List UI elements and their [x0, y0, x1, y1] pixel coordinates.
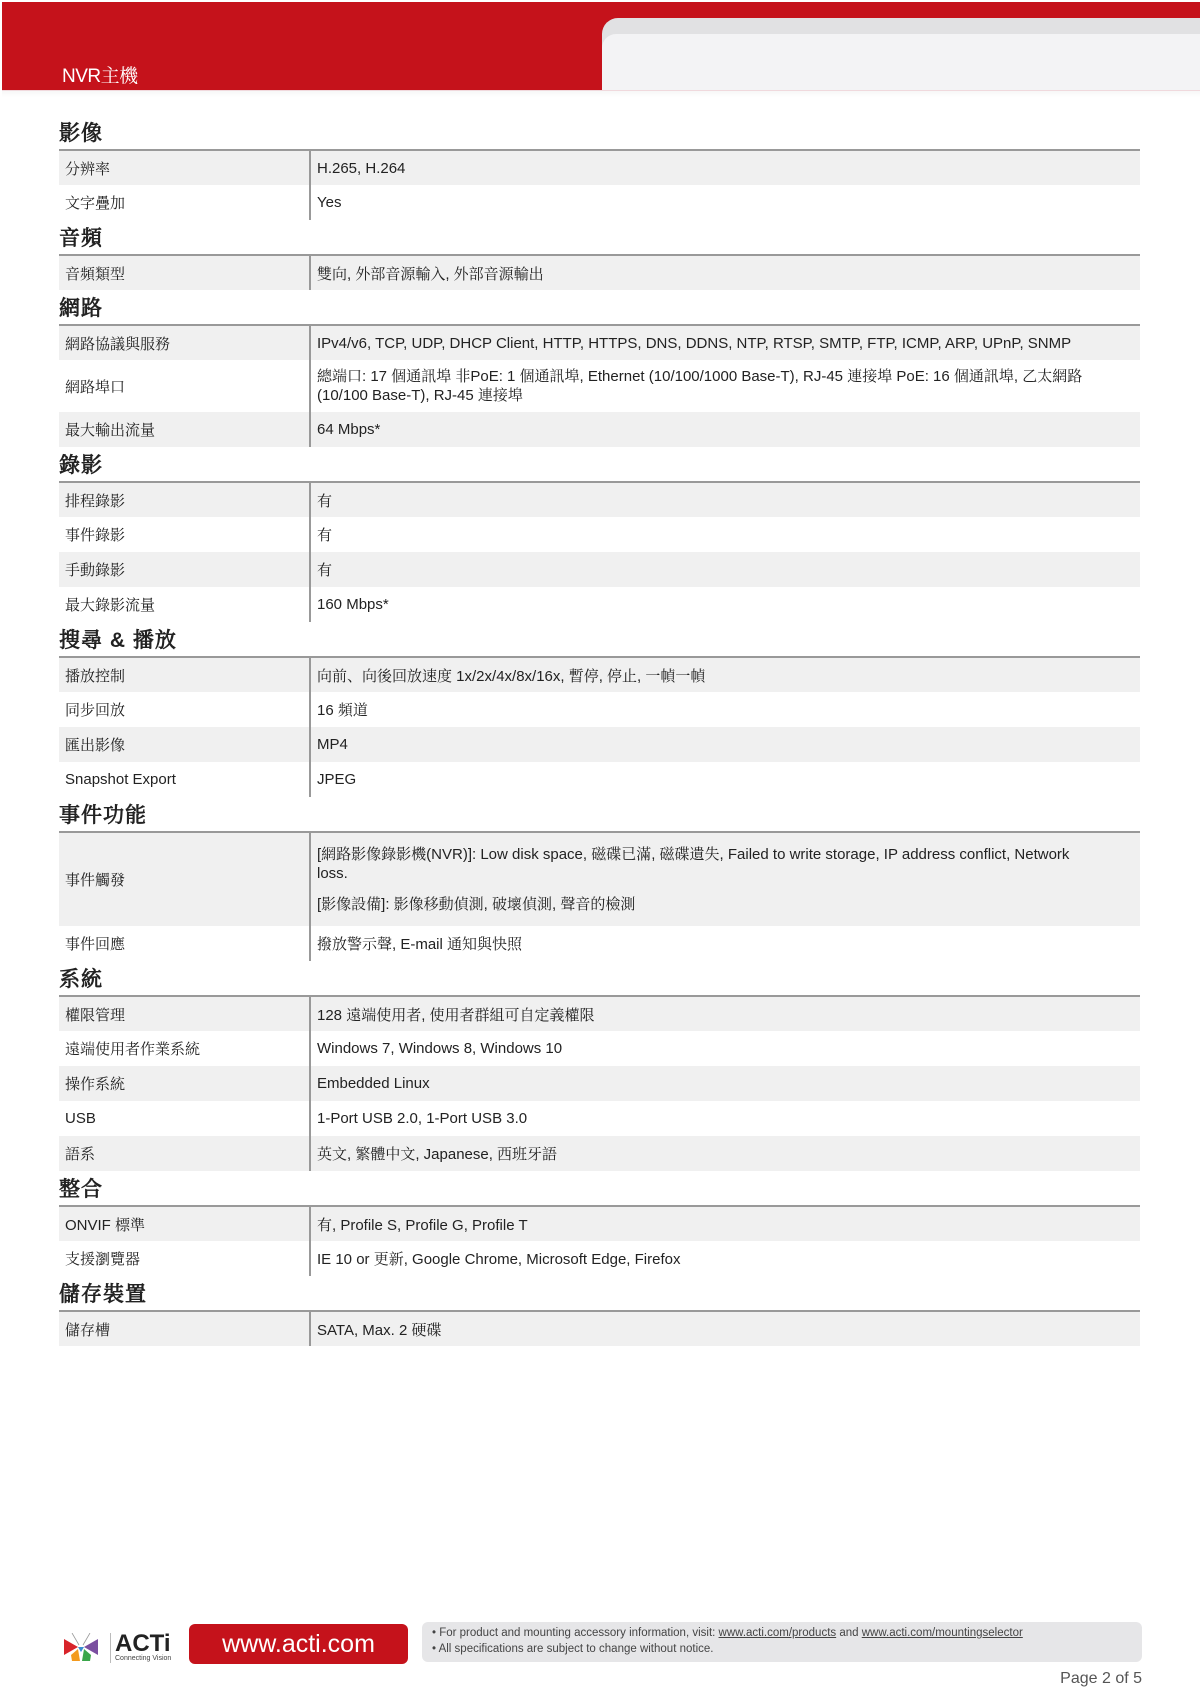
spec-value-line: loss. [317, 864, 1140, 883]
spec-table: 權限管理128 遠端使用者, 使用者群組可自定義權限遠端使用者作業系統Windo… [59, 995, 1140, 1171]
spec-table: ONVIF 標準有, Profile S, Profile G, Profile… [59, 1205, 1140, 1276]
spec-label: Snapshot Export [59, 762, 310, 797]
section-title: 音頻 [59, 224, 1140, 254]
section-title: 事件功能 [59, 801, 1140, 831]
spec-label: 音頻類型 [59, 255, 310, 290]
notice-line-disclaimer: • All specifications are subject to chan… [432, 1643, 713, 1655]
spec-label: 排程錄影 [59, 482, 310, 517]
spec-value: 向前、向後回放速度 1x/2x/4x/8x/16x, 暫停, 停止, 一幀一幀 [310, 657, 1140, 692]
spec-row: 事件回應撥放警示聲, E-mail 通知與快照 [59, 926, 1140, 961]
spec-label: 最大輸出流量 [59, 412, 310, 447]
spec-table: 事件觸發[網路影像錄影機(NVR)]: Low disk space, 磁碟已滿… [59, 831, 1140, 961]
spec-row: ONVIF 標準有, Profile S, Profile G, Profile… [59, 1206, 1140, 1241]
spec-value-line: (10/100 Base-T), RJ-45 連接埠 [317, 386, 1140, 405]
spec-label: 操作系統 [59, 1066, 310, 1101]
spec-label: 同步回放 [59, 692, 310, 727]
spec-value: [網路影像錄影機(NVR)]: Low disk space, 磁碟已滿, 磁碟… [310, 832, 1140, 926]
spec-label: 支援瀏覽器 [59, 1241, 310, 1276]
spec-content: 影像分辨率H.265, H.264文字疊加Yes音頻音頻類型雙向, 外部音源輸入… [59, 115, 1140, 1346]
spec-value: JPEG [310, 762, 1140, 797]
section-title: 儲存裝置 [59, 1280, 1140, 1310]
spec-label: 權限管理 [59, 996, 310, 1031]
spec-value: 雙向, 外部音源輸入, 外部音源輸出 [310, 255, 1140, 290]
logo-divider [110, 1633, 111, 1663]
spec-table: 排程錄影有事件錄影有手動錄影有最大錄影流量160 Mbps* [59, 481, 1140, 622]
spec-label: 遠端使用者作業系統 [59, 1031, 310, 1066]
spec-label: USB [59, 1101, 310, 1136]
spec-value: 64 Mbps* [310, 412, 1140, 447]
spec-label: 手動錄影 [59, 552, 310, 587]
footer-notice: • For product and mounting accessory inf… [422, 1622, 1142, 1662]
spec-row: 語系英文, 繁體中文, Japanese, 西班牙語 [59, 1136, 1140, 1171]
spec-table: 網路協議與服務IPv4/v6, TCP, UDP, DHCP Client, H… [59, 324, 1140, 447]
spec-value: 160 Mbps* [310, 587, 1140, 622]
spec-row: USB1-Port USB 2.0, 1-Port USB 3.0 [59, 1101, 1140, 1136]
spec-label: 儲存槽 [59, 1311, 310, 1346]
spec-label: 事件錄影 [59, 517, 310, 552]
spec-row: 支援瀏覽器IE 10 or 更新, Google Chrome, Microso… [59, 1241, 1140, 1276]
spec-value: 有 [310, 552, 1140, 587]
website-link-button[interactable]: www.acti.com [189, 1624, 408, 1664]
notice-line-product-info: • For product and mounting accessory inf… [432, 1627, 1023, 1639]
notice-text-and: and [836, 1627, 862, 1639]
spec-label: 匯出影像 [59, 727, 310, 762]
spec-row: 權限管理128 遠端使用者, 使用者群組可自定義權限 [59, 996, 1140, 1031]
spec-row: 事件觸發[網路影像錄影機(NVR)]: Low disk space, 磁碟已滿… [59, 832, 1140, 926]
spec-value: 總端口: 17 個通訊埠 非PoE: 1 個通訊埠, Ethernet (10/… [310, 360, 1140, 412]
spec-value: IE 10 or 更新, Google Chrome, Microsoft Ed… [310, 1241, 1140, 1276]
page-number: Page 2 of 5 [1060, 1670, 1142, 1688]
spec-row: Snapshot ExportJPEG [59, 762, 1140, 797]
paragraph-gap [317, 883, 1140, 895]
spec-value: 1-Port USB 2.0, 1-Port USB 3.0 [310, 1101, 1140, 1136]
spec-value: 有 [310, 517, 1140, 552]
spec-row: 事件錄影有 [59, 517, 1140, 552]
spec-table: 音頻類型雙向, 外部音源輸入, 外部音源輸出 [59, 254, 1140, 290]
spec-value: 英文, 繁體中文, Japanese, 西班牙語 [310, 1136, 1140, 1171]
section-title: 系統 [59, 965, 1140, 995]
spec-value: 16 頻道 [310, 692, 1140, 727]
spec-value: IPv4/v6, TCP, UDP, DHCP Client, HTTP, HT… [310, 325, 1140, 360]
spec-value: Windows 7, Windows 8, Windows 10 [310, 1031, 1140, 1066]
spec-value-line: 總端口: 17 個通訊埠 非PoE: 1 個通訊埠, Ethernet (10/… [317, 367, 1140, 386]
mountingselector-link[interactable]: www.acti.com/mountingselector [862, 1627, 1023, 1639]
spec-row: 最大錄影流量160 Mbps* [59, 587, 1140, 622]
spec-row: 網路協議與服務IPv4/v6, TCP, UDP, DHCP Client, H… [59, 325, 1140, 360]
logo-tagline: Connecting Vision [115, 1655, 171, 1662]
spec-table: 儲存槽SATA, Max. 2 硬碟 [59, 1310, 1140, 1346]
spec-label: 播放控制 [59, 657, 310, 692]
products-link[interactable]: www.acti.com/products [719, 1627, 837, 1639]
spec-value: 128 遠端使用者, 使用者群組可自定義權限 [310, 996, 1140, 1031]
spec-row: 最大輸出流量64 Mbps* [59, 412, 1140, 447]
spec-row: 播放控制向前、向後回放速度 1x/2x/4x/8x/16x, 暫停, 停止, 一… [59, 657, 1140, 692]
spec-value: SATA, Max. 2 硬碟 [310, 1311, 1140, 1346]
section-title: 網路 [59, 294, 1140, 324]
product-category-title: NVR主機 [62, 61, 138, 88]
notice-text: • For product and mounting accessory inf… [432, 1627, 719, 1639]
spec-row: 排程錄影有 [59, 482, 1140, 517]
spec-value: MP4 [310, 727, 1140, 762]
spec-row: 同步回放16 頻道 [59, 692, 1140, 727]
spec-row: 儲存槽SATA, Max. 2 硬碟 [59, 1311, 1140, 1346]
spec-row: 分辨率H.265, H.264 [59, 150, 1140, 185]
spec-value: Embedded Linux [310, 1066, 1140, 1101]
spec-value-line: [影像設備]: 影像移動偵測, 破壞偵測, 聲音的檢測 [317, 895, 1140, 914]
spec-label: 語系 [59, 1136, 310, 1171]
spec-label: 網路協議與服務 [59, 325, 310, 360]
spec-row: 遠端使用者作業系統Windows 7, Windows 8, Windows 1… [59, 1031, 1140, 1066]
spec-value: H.265, H.264 [310, 150, 1140, 185]
spec-row: 操作系統Embedded Linux [59, 1066, 1140, 1101]
spec-row: 手動錄影有 [59, 552, 1140, 587]
spec-label: 網路埠口 [59, 360, 310, 412]
spec-label: 事件回應 [59, 926, 310, 961]
spec-label: ONVIF 標準 [59, 1206, 310, 1241]
spec-value: 撥放警示聲, E-mail 通知與快照 [310, 926, 1140, 961]
spec-value: 有, Profile S, Profile G, Profile T [310, 1206, 1140, 1241]
spec-row: 音頻類型雙向, 外部音源輸入, 外部音源輸出 [59, 255, 1140, 290]
section-title: 搜尋 & 播放 [59, 626, 1140, 656]
section-title: 錄影 [59, 451, 1140, 481]
spec-label: 文字疊加 [59, 185, 310, 220]
page-footer: ACTi Connecting Vision www.acti.com • Fo… [0, 1620, 1200, 1698]
spec-table: 分辨率H.265, H.264文字疊加Yes [59, 149, 1140, 220]
spec-value: Yes [310, 185, 1140, 220]
logo-wordmark: ACTi [115, 1630, 171, 1658]
spec-label: 事件觸發 [59, 832, 310, 926]
spec-value-line: [網路影像錄影機(NVR)]: Low disk space, 磁碟已滿, 磁碟… [317, 845, 1140, 864]
spec-table: 播放控制向前、向後回放速度 1x/2x/4x/8x/16x, 暫停, 停止, 一… [59, 656, 1140, 797]
header-tab-panel [602, 34, 1200, 90]
spec-row: 匯出影像MP4 [59, 727, 1140, 762]
header-shadow [2, 91, 1200, 97]
section-title: 影像 [59, 119, 1140, 149]
spec-label: 最大錄影流量 [59, 587, 310, 622]
spec-label: 分辨率 [59, 150, 310, 185]
section-title: 整合 [59, 1175, 1140, 1205]
spec-row: 文字疊加Yes [59, 185, 1140, 220]
spec-value: 有 [310, 482, 1140, 517]
spec-row: 網路埠口總端口: 17 個通訊埠 非PoE: 1 個通訊埠, Ethernet … [59, 360, 1140, 412]
